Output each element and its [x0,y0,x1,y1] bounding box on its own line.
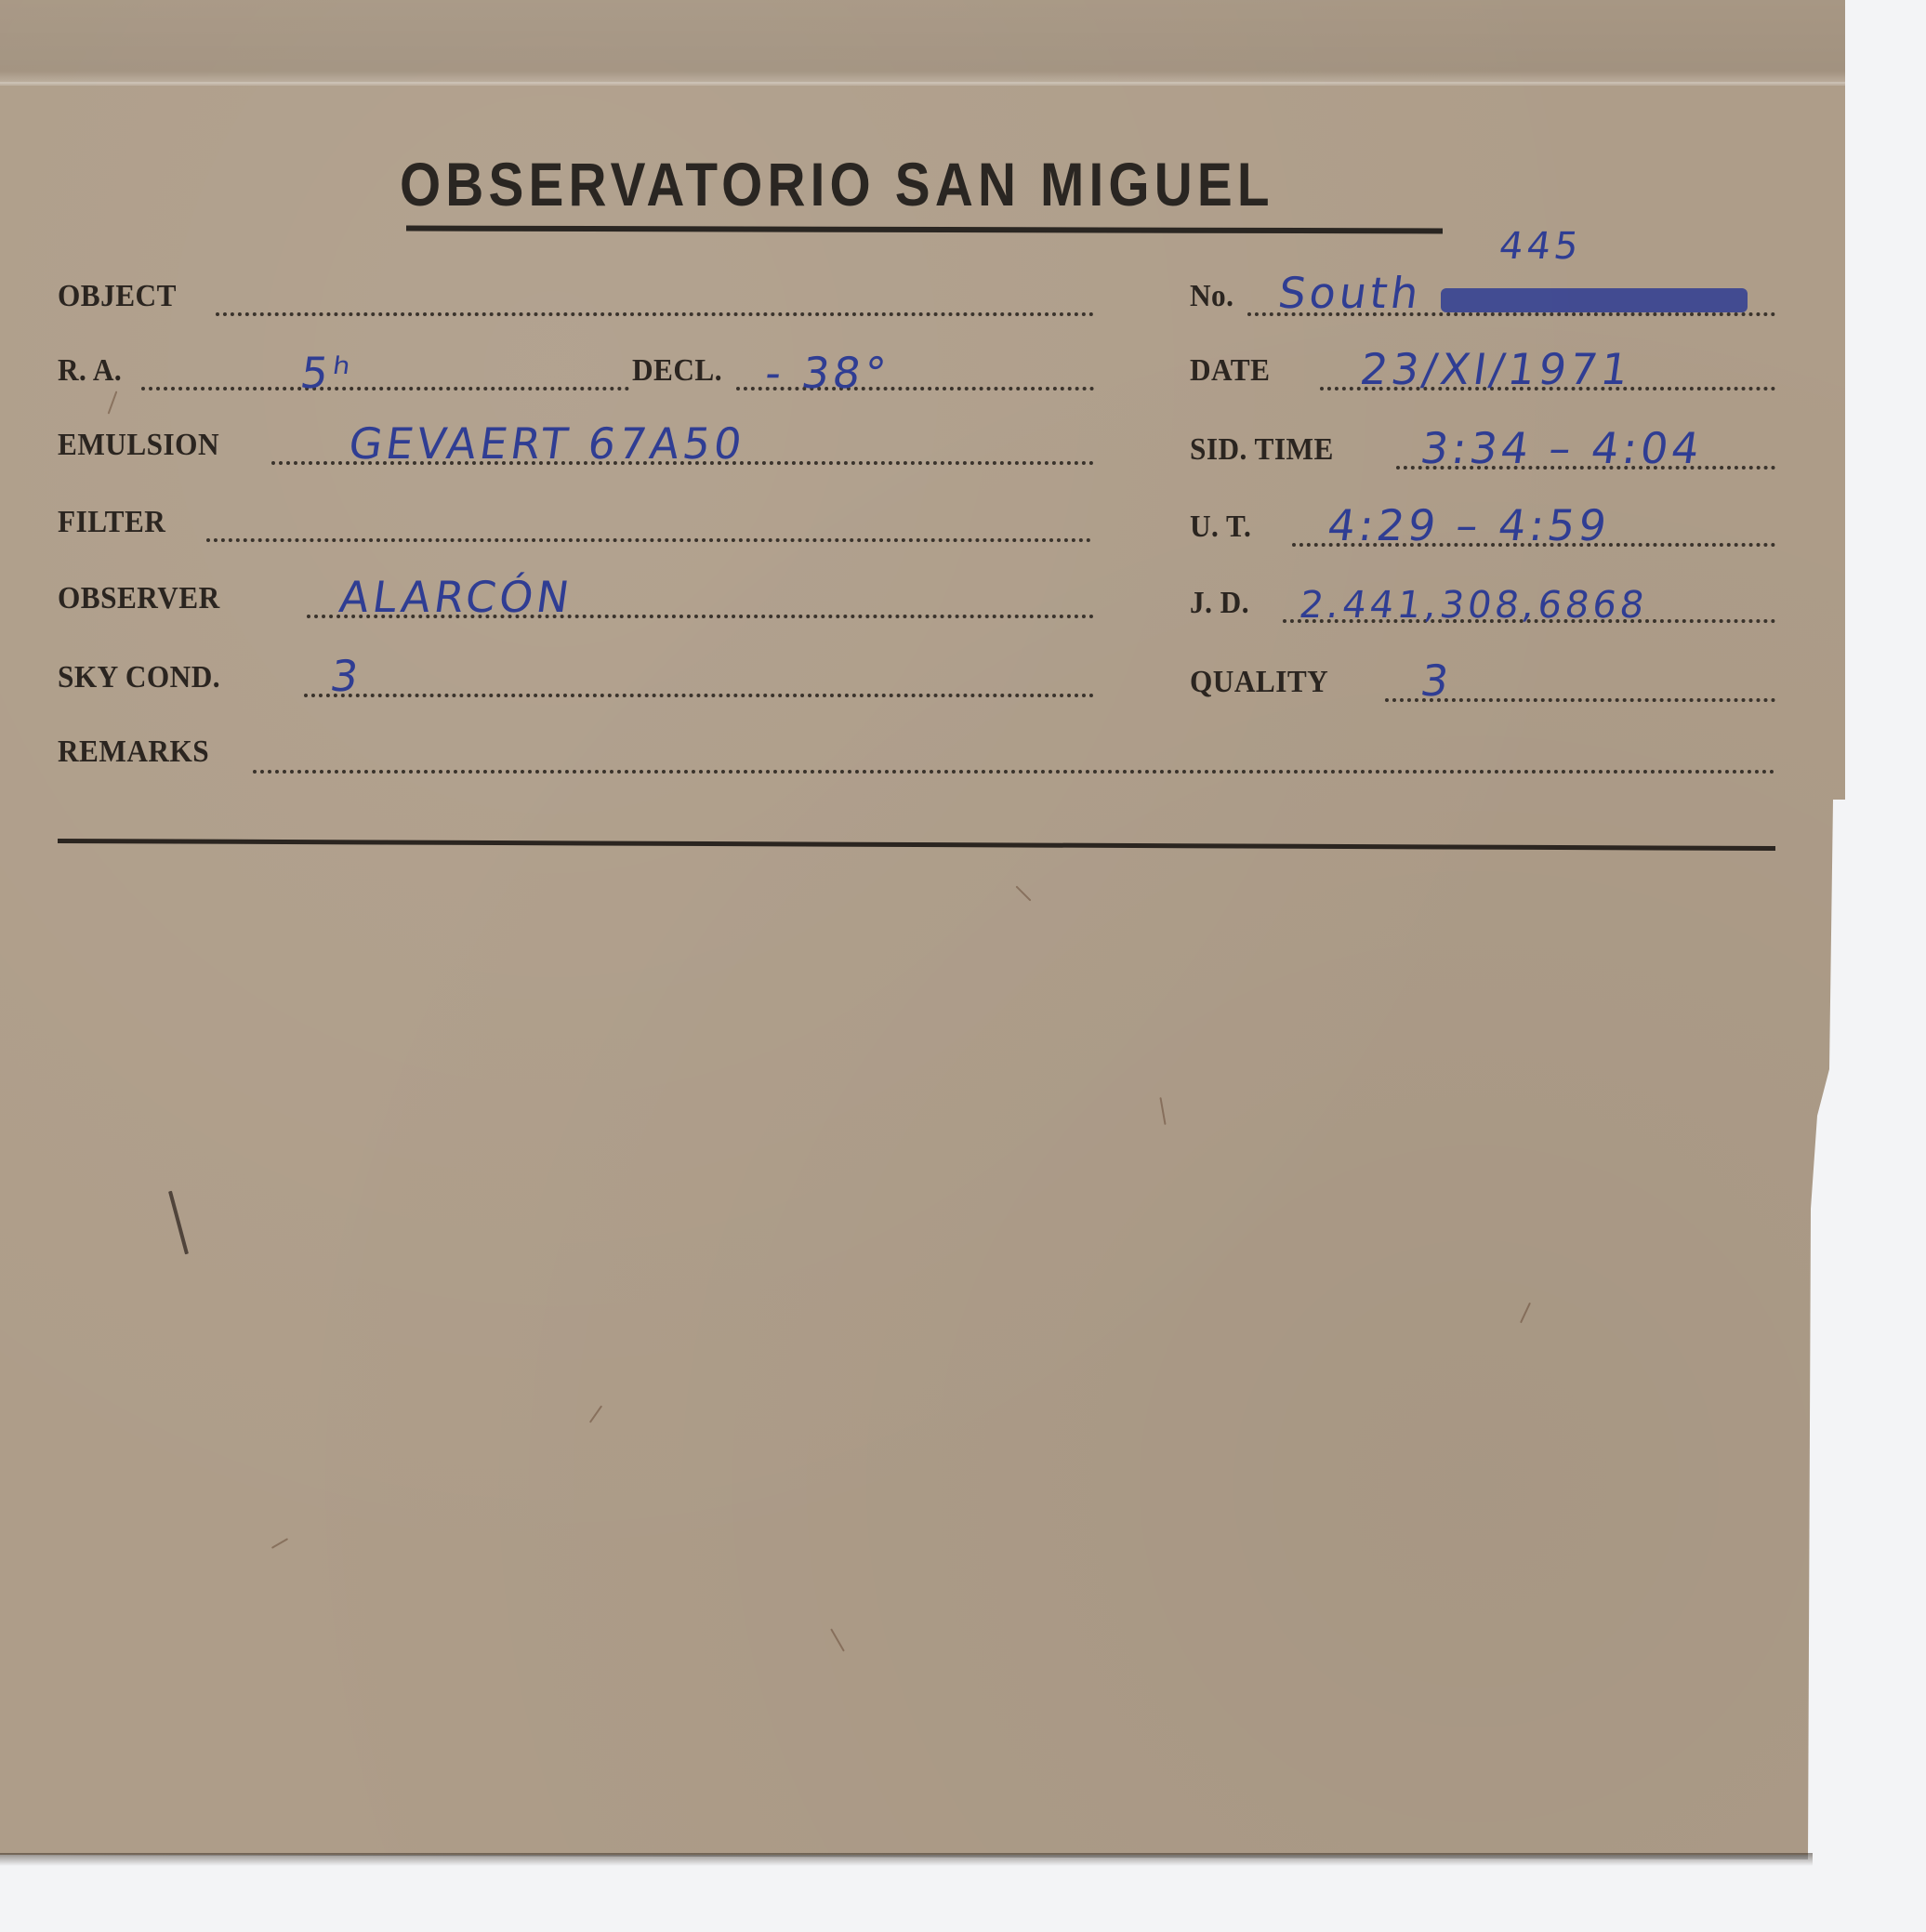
ra-line [141,387,629,390]
ut-value: 4:29 – 4:59 [1325,500,1613,550]
field-emulsion: EMULSION GEVAERT 67A50 [58,418,1094,474]
paper-fiber [830,1628,845,1651]
envelope-flap [0,0,1845,84]
field-filter: FILTER [58,496,1091,551]
sky-cond-label: SKY COND. [58,660,220,695]
date-label: DATE [1190,353,1270,389]
sky-cond-line [304,694,1094,697]
quality-label: QUALITY [1190,665,1328,700]
no-value: South [1275,268,1425,318]
decl-label: DECL. [632,353,722,389]
emulsion-value: GEVAERT 67A50 [346,418,748,469]
jd-value: 2.441,308,6868 [1297,584,1651,627]
paper-fiber [271,1538,288,1549]
emulsion-label: EMULSION [58,428,219,463]
field-no: No. South 445 [1190,270,1775,325]
field-ra: R. A. 5ʰ [58,344,629,400]
paper-fiber [1016,886,1032,902]
field-sid-time: SID. TIME 3:34 – 4:04 [1190,423,1775,479]
scanned-document: OBSERVATORIO SAN MIGUEL OBJECT R. A. 5ʰ … [0,0,1926,1932]
title-underline [406,226,1443,234]
filter-line [206,538,1091,542]
paper-fiber [1159,1097,1166,1125]
field-date: DATE 23/XI/1971 [1190,344,1775,400]
remarks-label: REMARKS [58,734,209,770]
field-sky-cond: SKY COND. 3 [58,651,1094,707]
envelope: OBSERVATORIO SAN MIGUEL OBJECT R. A. 5ʰ … [0,0,1845,1855]
jd-label: J. D. [1190,586,1249,621]
decl-value: - 38° [762,348,892,398]
no-superscript: 445 [1497,225,1585,268]
observer-value: ALARCÓN [336,572,576,622]
filter-label: FILTER [58,505,165,540]
field-remarks: REMARKS [58,725,1775,781]
paper-fiber [1520,1303,1531,1324]
ra-value: 5ʰ [297,348,356,398]
crossed-out-text [1441,288,1748,312]
document-title: OBSERVATORIO SAN MIGUEL [400,149,1274,219]
envelope-shadow [0,1853,1813,1866]
observer-label: OBSERVER [58,581,220,616]
paper-fiber [168,1191,189,1255]
field-ut: U. T. 4:29 – 4:59 [1190,500,1775,556]
sid-time-label: SID. TIME [1190,432,1334,468]
ra-label: R. A. [58,353,122,389]
remarks-line [253,770,1775,774]
field-quality: QUALITY 3 [1190,655,1775,711]
fold-crease [0,82,1845,86]
object-line [216,312,1094,316]
date-value: 23/XI/1971 [1357,344,1635,394]
field-observer: OBSERVER ALARCÓN [58,572,1094,628]
paper-fiber [589,1405,602,1423]
field-object: OBJECT [58,270,1094,325]
bottom-rule [58,839,1775,851]
field-decl: DECL. - 38° [632,344,1094,400]
object-label: OBJECT [58,279,177,314]
no-label: No. [1190,279,1233,314]
sid-time-value: 3:34 – 4:04 [1418,423,1706,473]
ut-label: U. T. [1190,509,1251,545]
field-jd: J. D. 2.441,308,6868 [1190,576,1775,632]
